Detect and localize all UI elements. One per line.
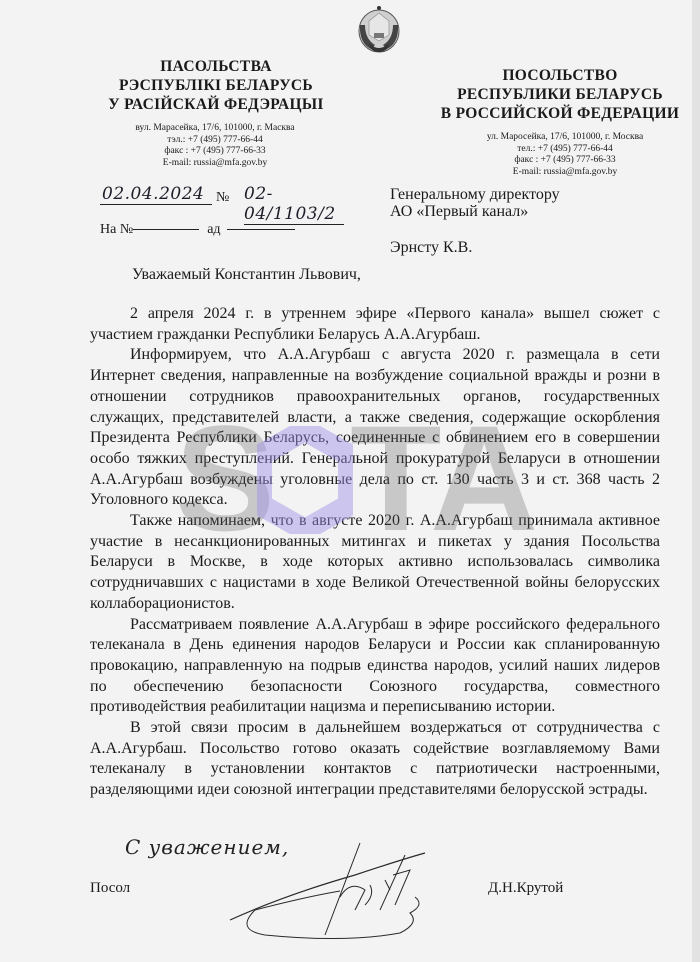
body-paragraph: В этой связи просим в дальнейшем воздерж… (90, 718, 660, 801)
letterhead-right-address: ул. Маросейка, 17/6, 101000, г. Москва т… (450, 132, 680, 178)
outgoing-number: 02-04/1103/2 (244, 184, 344, 225)
letterhead-line: ПОСОЛЬСТВО (440, 66, 680, 85)
reply-from-label: ад (207, 222, 220, 237)
letterhead-line: В РОССИЙСКОЙ ФЕДЕРАЦИИ (440, 104, 680, 123)
signature-icon (225, 835, 485, 945)
letterhead-line: ПАСОЛЬСТВА (86, 57, 346, 76)
letterhead-right-title: ПОСОЛЬСТВО РЕСПУБЛИКИ БЕЛАРУСЬ В РОССИЙС… (440, 66, 680, 123)
reply-number-blank (133, 229, 199, 230)
letterhead-left-title: ПАСОЛЬСТВА РЭСПУБЛІКІ БЕЛАРУСЬ У РАСІЙСК… (86, 57, 346, 114)
phone-line: тел.: +7 (495) 777-66-44 (450, 144, 680, 156)
salutation: Уважаемый Константин Львович, (132, 266, 361, 284)
addressee-name: Эрнсту К.В. (390, 239, 560, 256)
addressee-organization: АО «Первый канал» (390, 203, 560, 220)
body-paragraph: 2 апреля 2024 г. в утреннем эфире «Перво… (90, 304, 660, 345)
belarus-coat-of-arms-icon (355, 3, 403, 57)
email-line: E-mail: russia@mfa.gov.by (90, 158, 340, 170)
addressee-title: Генеральному директору (390, 186, 560, 203)
email-line: E-mail: russia@mfa.gov.by (450, 167, 680, 179)
letterhead-line: РЕСПУБЛИКИ БЕЛАРУСЬ (440, 85, 680, 104)
letter-body: 2 апреля 2024 г. в утреннем эфире «Перво… (90, 304, 660, 801)
handwritten-date: 02.04.2024 (100, 184, 212, 205)
address-line: вул. Марасейка, 17/6, 101000, г. Масква (90, 123, 340, 135)
reply-reference: На №ад (100, 222, 295, 238)
fax-line: факс : +7 (495) 777-66-33 (90, 146, 340, 158)
signer-position: Посол (90, 880, 130, 897)
letterhead-left-address: вул. Марасейка, 17/6, 101000, г. Масква … (90, 123, 340, 169)
phone-line: тэл.: +7 (495) 777-66-44 (90, 135, 340, 147)
reply-date-blank (227, 229, 295, 230)
outgoing-date: 02.04.2024 (100, 184, 212, 205)
body-paragraph: Рассматриваем появление А.А.Агурбаш в эф… (90, 615, 660, 719)
scan-edge (692, 0, 700, 962)
reply-to-label: На № (100, 222, 133, 237)
body-paragraph: Информируем, что А.А.Агурбаш с августа 2… (90, 345, 660, 511)
handwritten-number: 02-04/1103/2 (244, 184, 344, 225)
address-line: ул. Маросейка, 17/6, 101000, г. Москва (450, 132, 680, 144)
body-paragraph: Также напоминаем, что в августе 2020 г. … (90, 511, 660, 615)
number-label: № (216, 190, 229, 206)
fax-line: факс : +7 (495) 777-66-33 (450, 155, 680, 167)
letter-page: ПАСОЛЬСТВА РЭСПУБЛІКІ БЕЛАРУСЬ У РАСІЙСК… (0, 0, 700, 962)
signer-name: Д.Н.Крутой (488, 880, 563, 897)
addressee-block: Генеральному директору АО «Первый канал»… (390, 186, 560, 256)
letterhead-line: РЭСПУБЛІКІ БЕЛАРУСЬ (86, 76, 346, 95)
letterhead-line: У РАСІЙСКАЙ ФЕДЭРАЦЫІ (86, 95, 346, 114)
